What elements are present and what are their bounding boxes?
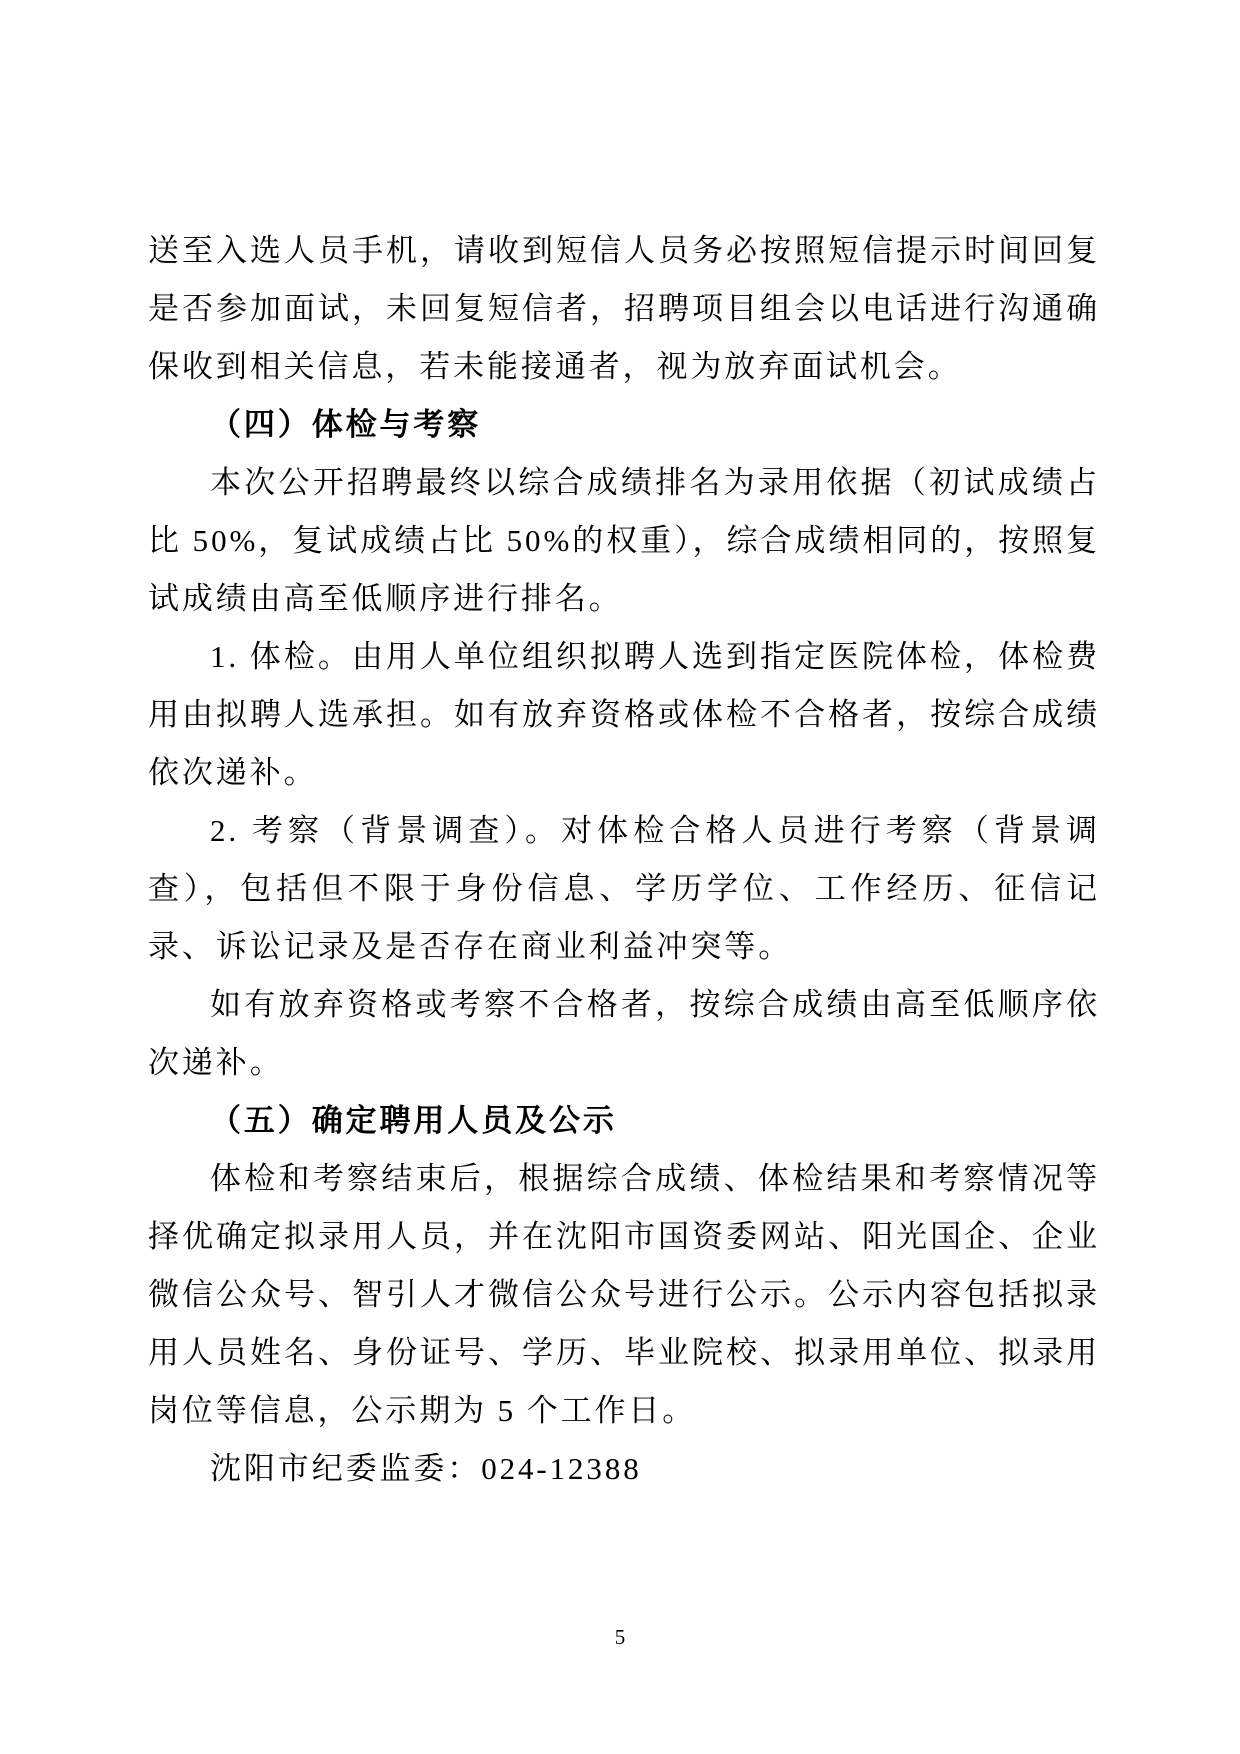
document-page: 送至入选人员手机，请收到短信人员务必按照短信提示时间回复是否参加面试，未回复短信… [0, 0, 1240, 1754]
paragraph: 送至入选人员手机，请收到短信人员务必按照短信提示时间回复是否参加面试，未回复短信… [148, 222, 1100, 396]
section-heading: （四）体检与考察 [148, 396, 1100, 454]
section-heading: （五）确定聘用人员及公示 [148, 1092, 1100, 1150]
paragraph: 沈阳市纪委监委：024-12388 [148, 1440, 1100, 1498]
paragraph: 本次公开招聘最终以综合成绩排名为录用依据（初试成绩占比 50%，复试成绩占比 5… [148, 454, 1100, 628]
page-number: 5 [0, 1622, 1240, 1652]
paragraph: 体检和考察结束后，根据综合成绩、体检结果和考察情况等择优确定拟录用人员，并在沈阳… [148, 1150, 1100, 1440]
paragraph: 1. 体检。由用人单位组织拟聘人选到指定医院体检，体检费用由拟聘人选承担。如有放… [148, 628, 1100, 802]
paragraph: 如有放弃资格或考察不合格者，按综合成绩由高至低顺序依次递补。 [148, 976, 1100, 1092]
paragraph: 2. 考察（背景调查）。对体检合格人员进行考察（背景调查），包括但不限于身份信息… [148, 802, 1100, 976]
document-body: 送至入选人员手机，请收到短信人员务必按照短信提示时间回复是否参加面试，未回复短信… [148, 222, 1100, 1498]
